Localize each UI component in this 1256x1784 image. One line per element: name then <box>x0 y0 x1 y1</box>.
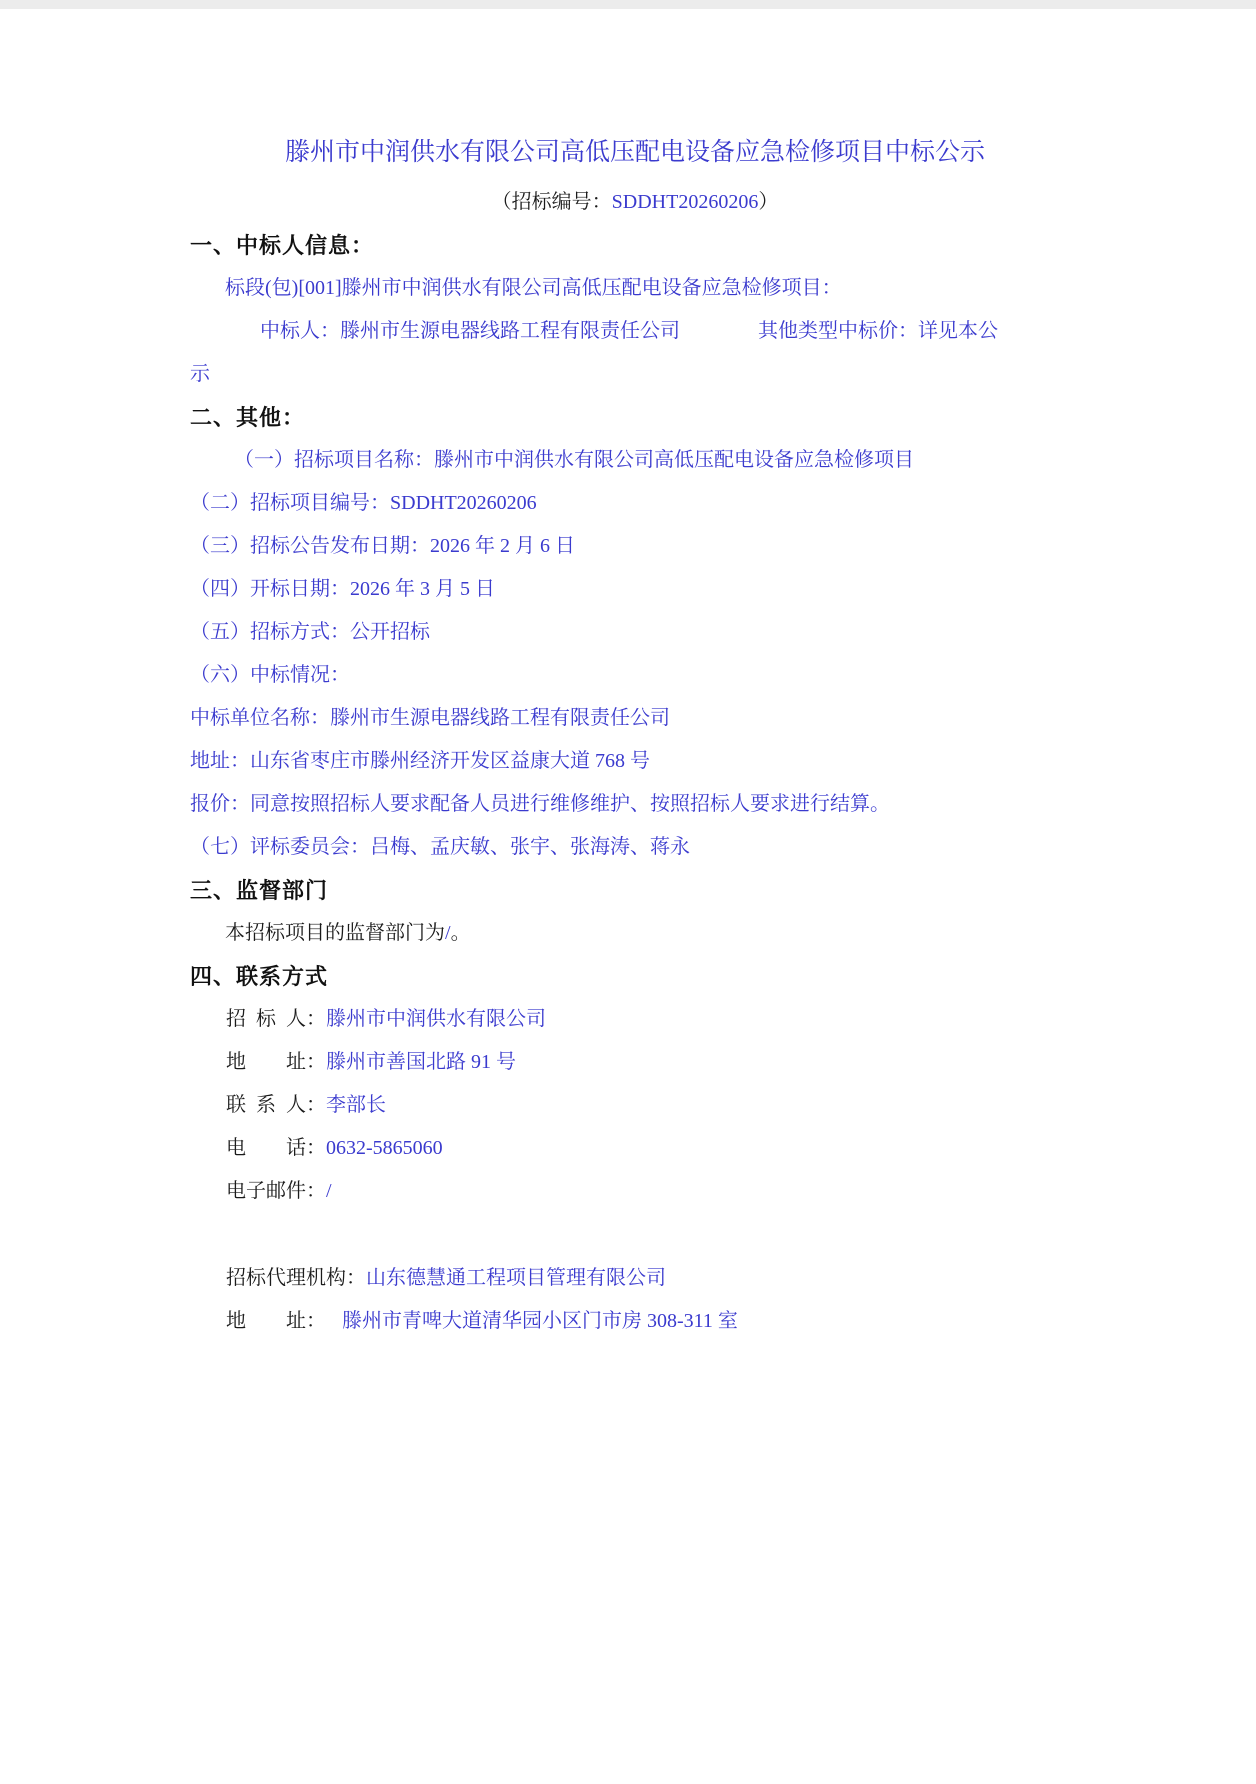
agency-label: 招标代理机构： <box>226 1267 366 1289</box>
contact-label-person: 联 系 人： <box>226 1094 326 1116</box>
contact-label-address: 地 址： <box>226 1051 326 1073</box>
contact-row-person: 联 系 人：李部长 <box>190 1092 1080 1118</box>
section-heading-winner-info: 一、中标人信息： <box>190 232 1080 260</box>
top-gray-bar <box>0 0 1256 9</box>
other-item-project-name: （一）招标项目名称：滕州市中润供水有限公司高低压配电设备应急检修项目 <box>190 447 1080 473</box>
contact-value-bidder: 滕州市中润供水有限公司 <box>326 1008 546 1030</box>
other-item-committee: （七）评标委员会：吕梅、孟庆敏、张宇、张海涛、蒋永 <box>190 834 1080 860</box>
agency-row: 招标代理机构：山东德慧通工程项目管理有限公司 <box>190 1265 1080 1291</box>
contact-label-phone: 电 话： <box>226 1137 326 1159</box>
contact-label-bidder: 招 标 人： <box>226 1008 326 1030</box>
supervision-period: 。 <box>451 922 471 944</box>
contact-row-bidder: 招 标 人：滕州市中润供水有限公司 <box>190 1006 1080 1032</box>
tender-number-prefix: （招标编号： <box>492 191 612 213</box>
blank-line-spacer <box>190 1221 1080 1265</box>
other-item-method: （五）招标方式：公开招标 <box>190 619 1080 645</box>
lot-line: 标段(包)[001]滕州市中润供水有限公司高低压配电设备应急检修项目： <box>190 275 1080 301</box>
other-item-announce-date: （三）招标公告发布日期：2026 年 2 月 6 日 <box>190 533 1080 559</box>
agency-value: 山东德慧通工程项目管理有限公司 <box>366 1267 666 1289</box>
award-winner-quote: 报价：同意按照招标人要求配备人员进行维修维护、按照招标人要求进行结算。 <box>190 791 1080 817</box>
contact-row-phone: 电 话：0632-5865060 <box>190 1135 1080 1161</box>
supervision-text: 本招标项目的监督部门为 <box>225 922 445 944</box>
other-item-project-number: （二）招标项目编号：SDDHT20260206 <box>190 490 1080 516</box>
tender-number-code: SDDHT20260206 <box>612 191 759 213</box>
award-winner-address: 地址：山东省枣庄市滕州经济开发区益康大道 768 号 <box>190 748 1080 774</box>
tender-number-suffix: ） <box>758 191 778 213</box>
section-heading-supervision: 三、监督部门 <box>190 877 1080 905</box>
agency-address-value: 滕州市青啤大道清华园小区门市房 308-311 室 <box>342 1310 738 1332</box>
agency-address-label: 地 址： <box>226 1310 326 1332</box>
contact-label-email: 电子邮件： <box>226 1180 326 1202</box>
contact-row-email: 电子邮件：/ <box>190 1178 1080 1204</box>
winner-line-wrap: 示 <box>190 361 1080 387</box>
award-winner-name: 中标单位名称：滕州市生源电器线路工程有限责任公司 <box>190 705 1080 731</box>
contact-value-person: 李部长 <box>326 1094 386 1116</box>
supervision-line: 本招标项目的监督部门为/。 <box>190 920 1080 946</box>
winner-price-part: 其他类型中标价：详见本公 <box>758 320 998 342</box>
page-title: 滕州市中润供水有限公司高低压配电设备应急检修项目中标公示 <box>190 137 1080 169</box>
section-heading-contact: 四、联系方式 <box>190 963 1080 991</box>
agency-address-row: 地 址：滕州市青啤大道清华园小区门市房 308-311 室 <box>190 1308 1080 1334</box>
other-item-open-date: （四）开标日期：2026 年 3 月 5 日 <box>190 576 1080 602</box>
tender-number-line: （招标编号：SDDHT20260206） <box>190 189 1080 215</box>
contact-value-address: 滕州市善国北路 91 号 <box>326 1051 516 1073</box>
contact-row-address: 地 址：滕州市善国北路 91 号 <box>190 1049 1080 1075</box>
section-heading-other: 二、其他： <box>190 404 1080 432</box>
document-page: 滕州市中润供水有限公司高低压配电设备应急检修项目中标公示 （招标编号：SDDHT… <box>0 0 1256 1784</box>
contact-value-phone: 0632-5865060 <box>326 1137 443 1159</box>
winner-line: 中标人：滕州市生源电器线路工程有限责任公司其他类型中标价：详见本公 <box>190 318 1080 344</box>
contact-value-email: / <box>326 1180 332 1202</box>
other-item-award-status: （六）中标情况： <box>190 662 1080 688</box>
document-content: 滕州市中润供水有限公司高低压配电设备应急检修项目中标公示 （招标编号：SDDHT… <box>190 9 1080 1351</box>
winner-name-part: 中标人：滕州市生源电器线路工程有限责任公司 <box>260 320 680 342</box>
